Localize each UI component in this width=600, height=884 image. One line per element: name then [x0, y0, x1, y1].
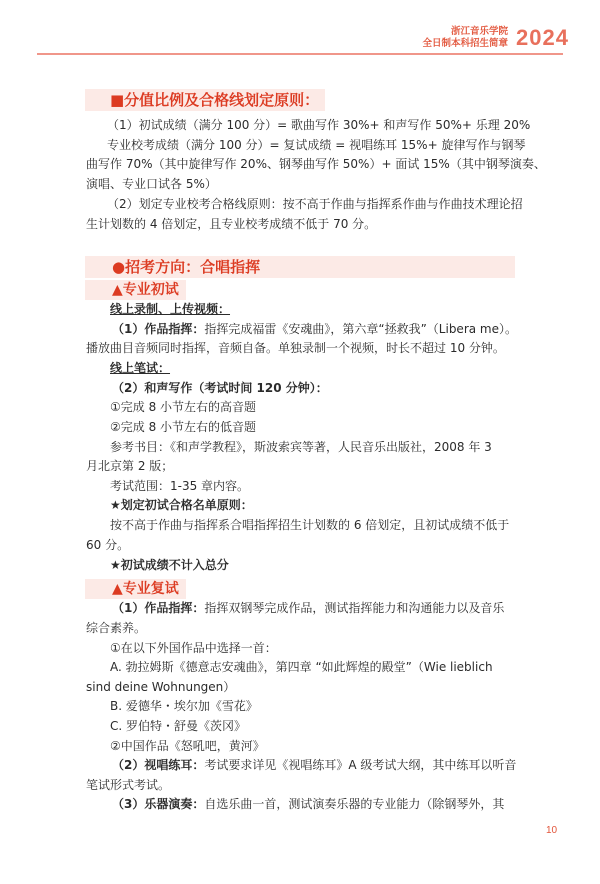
pass-rule-text: 按不高于作曲与指挥系合唱指挥招生计划数的 6 倍划定，且初试成绩不低于	[110, 517, 509, 533]
score-line-6: 生计划数的 4 倍划定，且专业校考成绩不低于 70 分。	[86, 216, 376, 232]
score-line-5: （2）划定专业校考合格线原则：按不高于作曲与指挥系作曲与作曲技术理论招	[107, 196, 523, 212]
retest-item-1-text: 指挥双钢琴完成作品，测试指挥能力和沟通能力以及音乐	[204, 601, 504, 615]
online-video-label: 线上录制、上传视频：	[110, 301, 230, 317]
online-written-label: 线上笔试：	[110, 360, 170, 376]
section-heading-direction: ●招考方向：合唱指挥	[112, 256, 260, 278]
header-subtitle: 全日制本科招生简章	[422, 38, 508, 50]
prelim-item-1-text: 指挥完成福雷《安魂曲》，第六章“拯救我”（Libera me）。	[204, 322, 517, 336]
chinese-work: ②中国作品《怒吼吧，黄河》	[110, 738, 265, 754]
header-school: 浙江音乐学院	[422, 26, 508, 38]
retest-item-2-text: 考试要求详见《视唱练耳》A 级考试大纲，其中练耳以听音	[204, 758, 516, 772]
score-line-3: 曲写作 70%（其中旋律写作 20%、钢琴曲写作 50%）+ 面试 15%（其中…	[86, 156, 546, 172]
reference-book: 参考书目：《和声学教程》，斯波索宾等著，人民音乐出版社，2008 年 3	[110, 439, 492, 455]
score-line-2: 专业校考成绩（满分 100 分）= 复试成绩 = 视唱练耳 15%+ 旋律写作与…	[107, 137, 525, 153]
prelim-item-1-cont: 播放曲目音频同时指挥，音频自备。单独录制一个视频，时长不超过 10 分钟。	[86, 340, 505, 356]
reference-book-cont: 月北京第 2 版；	[86, 458, 173, 474]
retest-item-2-cont: 笔试形式考试。	[86, 777, 170, 793]
prelim-item-2-sub-2: ②完成 8 小节左右的低音题	[110, 419, 256, 435]
pass-rule-text-cont: 60 分。	[86, 537, 129, 553]
retest-item-3-text: 自选乐曲一首，测试演奏乐器的专业能力（除钢琴外，其	[204, 797, 504, 811]
prelim-note: ★初试成绩不计入总分	[110, 557, 229, 573]
subsection-heading-preliminary: ▲专业初试	[112, 280, 179, 300]
retest-item-3: （3）乐器演奏：自选乐曲一首，测试演奏乐器的专业能力（除钢琴外，其	[112, 796, 504, 812]
prelim-item-2: （2）和声写作（考试时间 120 分钟）：	[112, 380, 328, 396]
section-heading-score-ratio: ■分值比例及合格线划定原则：	[110, 89, 319, 111]
retest-item-1-cont: 综合素养。	[86, 620, 146, 636]
retest-item-2: （2）视唱练耳：考试要求详见《视唱练耳》A 级考试大纲，其中练耳以听音	[112, 757, 516, 773]
prelim-item-2-sub-1: ①完成 8 小节左右的高音题	[110, 399, 256, 415]
retest-item-2-label: （2）视唱练耳：	[112, 758, 204, 772]
retest-item-1-label: （1）作品指挥：	[112, 601, 204, 615]
option-c: C. 罗伯特・舒曼《茨冈》	[110, 718, 246, 734]
page-header: 浙江音乐学院 全日制本科招生简章 2024	[0, 0, 600, 60]
header-year: 2024	[516, 27, 569, 49]
header-titles: 浙江音乐学院 全日制本科招生简章	[422, 26, 508, 50]
pass-rule-label: ★划定初试合格名单原则：	[110, 497, 253, 513]
subsection-heading-retest: ▲专业复试	[112, 579, 179, 599]
score-line-1: （1）初试成绩（满分 100 分）= 歌曲写作 30%+ 和声写作 50%+ 乐…	[107, 117, 530, 133]
prelim-item-1: （1）作品指挥：指挥完成福雷《安魂曲》，第六章“拯救我”（Libera me）。	[112, 321, 517, 337]
foreign-works-label: ①在以下外国作品中选择一首：	[110, 640, 277, 656]
exam-scope: 考试范围：1-35 章内容。	[110, 478, 249, 494]
option-a-cont: sind deine Wohnungen）	[86, 679, 235, 695]
page-number: 10	[546, 825, 557, 836]
option-a: A. 勃拉姆斯《德意志安魂曲》，第四章 “如此辉煌的殿堂”（Wie liebli…	[110, 659, 493, 675]
retest-item-1: （1）作品指挥：指挥双钢琴完成作品，测试指挥能力和沟通能力以及音乐	[112, 600, 504, 616]
prelim-item-1-label: （1）作品指挥：	[112, 322, 204, 336]
option-b: B. 爱德华・埃尔加《雪花》	[110, 698, 258, 714]
retest-item-3-label: （3）乐器演奏：	[112, 797, 204, 811]
score-line-4: 演唱、专业口试各 5%）	[86, 176, 217, 192]
header-divider	[37, 53, 563, 55]
